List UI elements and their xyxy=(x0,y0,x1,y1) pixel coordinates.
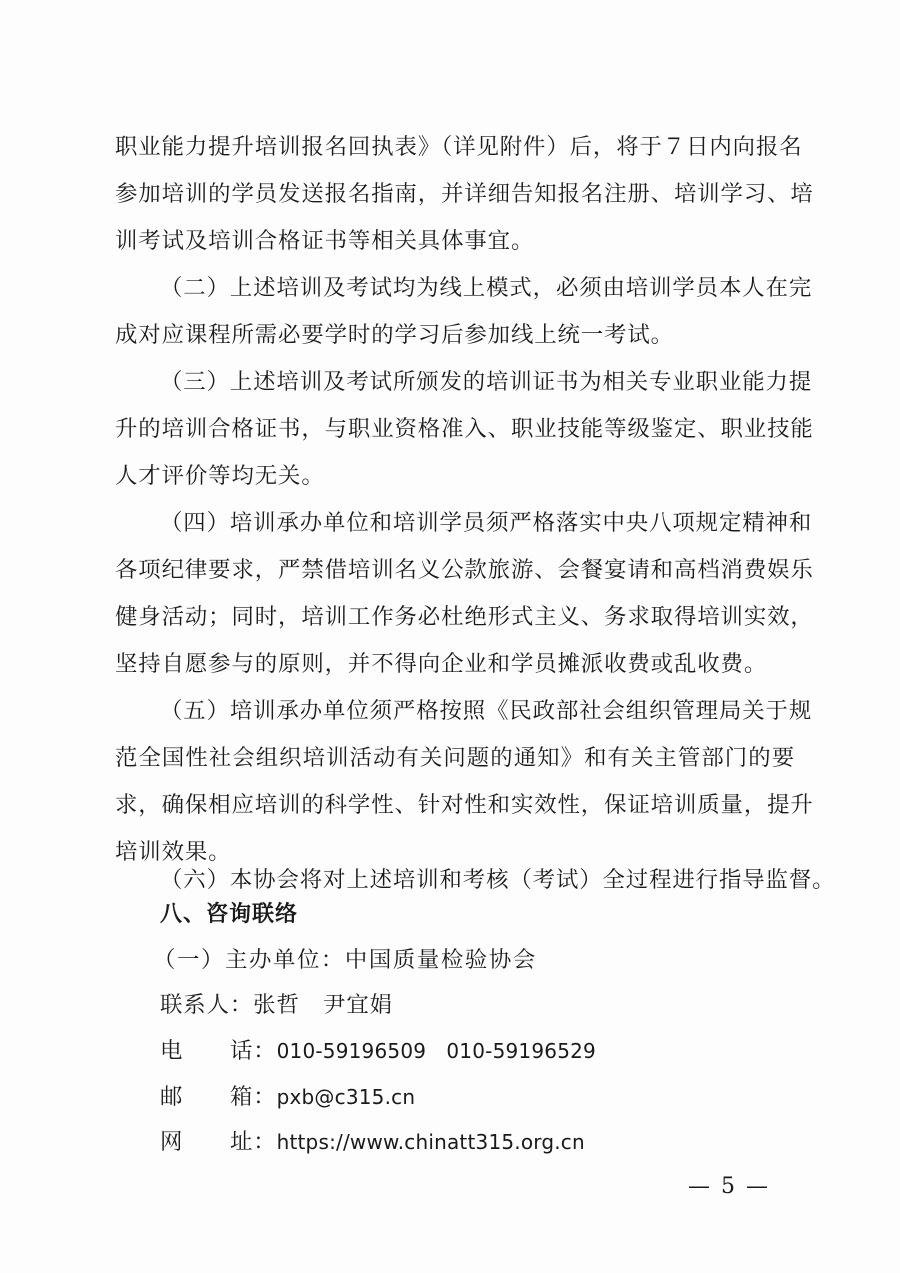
body-line: （三）上述培训及考试所颁发的培训证书为相关专业职业能力提 xyxy=(160,367,795,397)
body-line: （五）培训承办单位须严格按照《民政部社会组织管理局关于规 xyxy=(160,696,795,726)
body-line: 求，确保相应培训的科学性、针对性和实效性，保证培训质量，提升 xyxy=(115,790,795,820)
body-line: 范全国性社会组织培训活动有关问题的通知》和有关主管部门的要 xyxy=(115,743,795,773)
website-label: 网 xyxy=(160,1127,230,1157)
phone-label: 电 xyxy=(160,1036,230,1066)
email-line: 邮箱：pxb@c315.cn xyxy=(160,1082,840,1112)
email-label-char: 邮 xyxy=(160,1082,182,1112)
contact-person-value: 张哲 尹宜娟 xyxy=(253,992,393,1018)
phone-line: 电话：010-59196509 010-59196529 xyxy=(160,1036,840,1066)
contact-person-line: 联系人：张哲 尹宜娟 xyxy=(160,990,840,1020)
phone-label-colon: 话： xyxy=(230,1038,277,1064)
section-heading: 八、咨询联络 xyxy=(160,900,840,930)
website-line: 网址：https://www.chinatt315.org.cn xyxy=(160,1127,840,1157)
email-label: 邮 xyxy=(160,1082,230,1112)
organizer-line: （一）主办单位：中国质量检验协会 xyxy=(153,945,833,975)
body-line: （四）培训承办单位和培训学员须严格落实中央八项规定精神和 xyxy=(160,508,795,538)
contact-person-label: 联系人： xyxy=(160,992,253,1018)
email-label-colon: 箱： xyxy=(230,1084,277,1110)
body-line: （二）上述培训及考试均为线上模式，必须由培训学员本人在完 xyxy=(160,273,795,303)
body-line: 升的培训合格证书，与职业资格准入、职业技能等级鉴定、职业技能 xyxy=(115,414,795,444)
email-value[interactable]: pxb@c315.cn xyxy=(277,1085,416,1109)
website-label-char: 网 xyxy=(160,1127,182,1157)
body-line: 成对应课程所需必要学时的学习后参加线上统一考试。 xyxy=(115,320,795,350)
phone-label-char: 电 xyxy=(160,1036,182,1066)
body-line: 健身活动；同时，培训工作务必杜绝形式主义、务求取得培训实效， xyxy=(115,602,795,632)
body-line: 各项纪律要求，严禁借培训名义公款旅游、会餐宴请和高档消费娱乐 xyxy=(115,555,795,585)
website-value[interactable]: https://www.chinatt315.org.cn xyxy=(277,1130,585,1154)
website-label-colon: 址： xyxy=(230,1129,277,1155)
body-line: 参加培训的学员发送报名指南，并详细告知报名注册、培训学习、培 xyxy=(115,179,795,209)
body-line: 职业能力提升培训报名回执表》（详见附件）后，将于７日内向报名 xyxy=(115,132,795,162)
body-line: 培训效果。 xyxy=(115,837,795,867)
body-line: 坚持自愿参与的原则，并不得向企业和学员摊派收费或乱收费。 xyxy=(115,649,795,679)
page-number: — 5 — xyxy=(688,1174,770,1199)
document-page: 职业能力提升培训报名回执表》（详见附件）后，将于７日内向报名 参加培训的学员发送… xyxy=(0,0,900,1273)
body-line: （六）本协会将对上述培训和考核（考试）全过程进行指导监督。 xyxy=(160,865,795,895)
body-line: 人才评价等均无关。 xyxy=(115,461,795,491)
phone-value: 010-59196509 010-59196529 xyxy=(277,1039,596,1063)
body-line: 训考试及培训合格证书等相关具体事宜。 xyxy=(115,226,795,256)
